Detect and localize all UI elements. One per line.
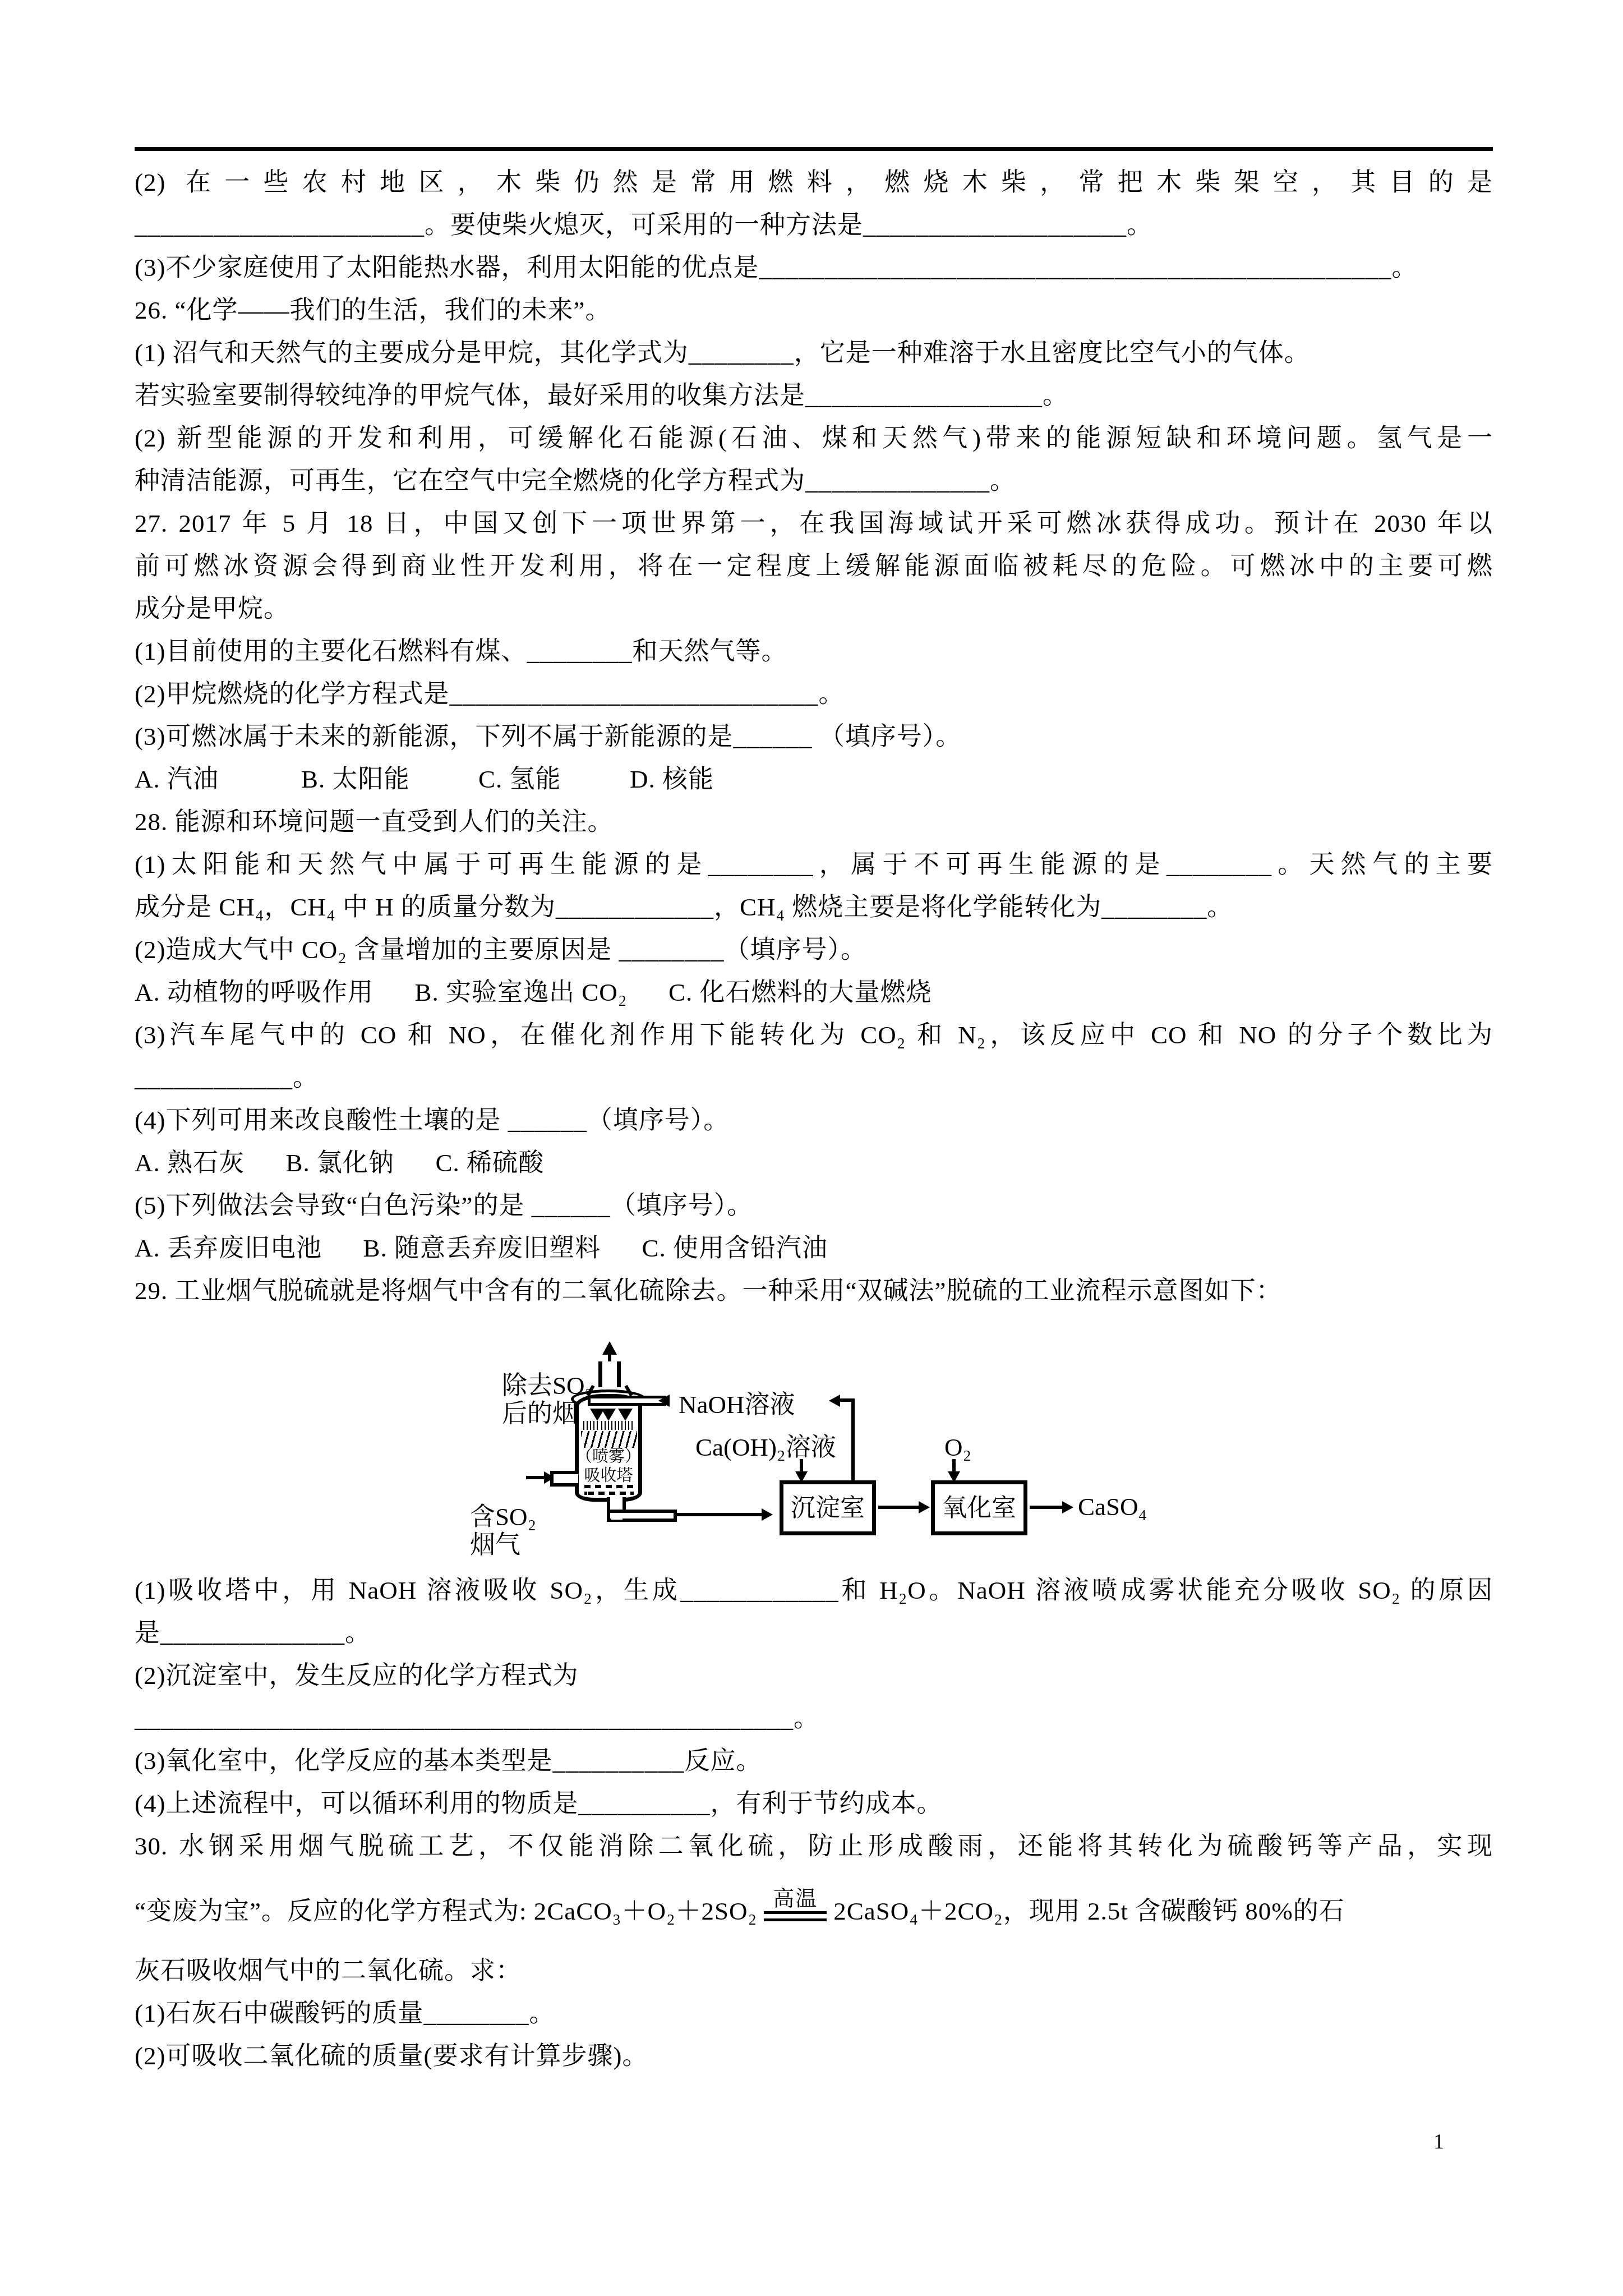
worksheet-body: (2) 在一些农村地区，木柴仍然是常用燃料，燃烧木柴，常把木柴架空，其目的是 _… — [135, 161, 1493, 2077]
q27-part2-line: (2)甲烷燃烧的化学方程式是__________________________… — [135, 673, 1493, 715]
reaction-condition-text: 高温 — [773, 1887, 818, 1911]
drain-to-precipitation-arrow-icon — [762, 1508, 773, 1521]
tower-liquid-dashes — [584, 1485, 634, 1488]
q27-heading-line1: 27. 2017 年 5 月 18 日，中国又创下一项世界第一，在我国海域试开采… — [135, 502, 1493, 545]
q30-part2-line: (2)可吸收二氧化硫的质量(要求有计算步骤)。 — [135, 2035, 1493, 2077]
header-divider-rule — [135, 147, 1493, 151]
inlet-pipe — [550, 1471, 578, 1487]
desulfurization-flow-diagram: 除去SO₂ 后的烟气 （喷雾） 吸收塔 含SO₂ 烟气 — [135, 1312, 1493, 1569]
naoh-recycle-riser-line — [851, 1398, 855, 1480]
q30-equation-rhs: 2CaSO₄＋2CO₂ — [833, 1890, 1003, 1927]
q26-heading: 26. “化学——我们的生活，我们的未来”。 — [135, 289, 1493, 332]
q29-heading: 29. 工业烟气脱硫就是将烟气中含有的二氧化硫除去。一种采用“双碱法”脱硫的工业… — [135, 1269, 1493, 1312]
tower-label-line1: （喷雾） — [576, 1448, 641, 1466]
naoh-recycle-arrow-icon — [829, 1395, 840, 1407]
q28-part2-options: A. 动植物的呼吸作用 B. 实验室逸出 CO₂ C. 化石燃料的大量燃烧 — [135, 971, 1493, 1014]
double-equals-bar — [764, 1911, 827, 1921]
tower-label-line2: 吸收塔 — [576, 1467, 641, 1485]
naoh-into-tower-arrow-icon — [658, 1395, 670, 1407]
inlet-flue-gas-label: 含SO₂ 烟气 — [470, 1447, 508, 1559]
q28-part1-line2: 成分是 CH₄，CH₄ 中 H 的质量分数为____________，CH₄ 燃… — [135, 886, 1493, 928]
reaction-condition: 高温 — [764, 1887, 827, 1921]
oxidation-to-product-arrow-shaft — [1030, 1506, 1064, 1509]
spray-nozzle-icon — [618, 1409, 633, 1421]
drain-pipe-joint — [611, 1513, 623, 1520]
spray-bristle-icon — [601, 1421, 618, 1430]
tower-liquid-dashes — [584, 1492, 634, 1495]
caoh2-solution-label: Ca(OH)₂溶液 — [695, 1433, 836, 1461]
inlet-arrow-shaft — [526, 1476, 546, 1479]
q26-part2-line1: (2) 新型能源的开发和利用，可缓解化石能源(石油、煤和天然气)带来的能源短缺和… — [135, 417, 1493, 459]
q29-part1-line1: (1)吸收塔中，用 NaOH 溶液吸收 SO₂，生成____________和 … — [135, 1569, 1493, 1612]
naoh-solution-label: NaOH溶液 — [679, 1391, 795, 1419]
spray-distributor-pipe — [588, 1396, 666, 1406]
precipitation-to-oxidation-arrow-icon — [919, 1501, 930, 1513]
q28-part5-line: (5)下列做法会导致“白色污染”的是 ______（填序号）。 — [135, 1184, 1493, 1227]
q29-part2-line2-blank: ________________________________________… — [135, 1697, 1493, 1740]
q28-part4-line: (4)下列可用来改良酸性土壤的是 ______（填序号）。 — [135, 1099, 1493, 1142]
q28-heading: 28. 能源和环境问题一直受到人们的关注。 — [135, 800, 1493, 843]
q27-part3-options: A. 汽油 B. 太阳能 C. 氢能 D. 核能 — [135, 758, 1493, 800]
q28-part3-line2-blank: ____________。 — [135, 1056, 1493, 1099]
q26-part1-line2: 若实验室要制得较纯净的甲烷气体，最好采用的收集方法是______________… — [135, 374, 1493, 417]
q27-heading-line2: 前可燃冰资源会得到商业性开发利用，将在一定程度上缓解能源面临被耗尽的危险。可燃冰… — [135, 545, 1493, 587]
q26-part2-line2: 种清洁能源，可再生，它在空气中完全燃烧的化学方程式为______________… — [135, 459, 1493, 502]
q28-part4-options: A. 熟石灰 B. 氯化钠 C. 稀硫酸 — [135, 1142, 1493, 1184]
clean-flue-gas-label: 除去SO₂ 后的烟气 — [502, 1315, 540, 1428]
spray-mist-pattern — [581, 1431, 637, 1448]
q28-part1-line1: (1)太阳能和天然气中属于可再生能源的是________，属于不可再生能源的是_… — [135, 843, 1493, 886]
flue-gas-up-arrow-icon — [602, 1341, 617, 1355]
o2-label: O₂ — [944, 1433, 971, 1461]
precipitation-chamber-box: 沉淀室 — [780, 1480, 876, 1535]
q29-part4-line: (4)上述流程中，可以循环利用的物质是__________，有利于节约成本。 — [135, 1782, 1493, 1825]
q29-part2-line1: (2)沉淀室中，发生反应的化学方程式为 — [135, 1654, 1493, 1697]
drain-to-precipitation-arrow-shaft — [676, 1513, 763, 1516]
spray-bristle-icon — [583, 1421, 600, 1430]
q29-part3-line: (3)氧化室中，化学反应的基本类型是__________反应。 — [135, 1740, 1493, 1782]
precipitation-to-oxidation-arrow-shaft — [878, 1506, 920, 1509]
page-number: 1 — [1433, 2129, 1444, 2154]
q29-part1-line2: 是______________。 — [135, 1612, 1493, 1654]
inlet-label-line2: 烟气 — [470, 1531, 520, 1559]
q30-part1-line: (1)石灰石中碳酸钙的质量________。 — [135, 1992, 1493, 2035]
q30-heading: 30. 水钢采用烟气脱硫工艺，不仅能消除二氧化硫，防止形成酸雨，还能将其转化为硫… — [135, 1825, 1493, 1867]
q28-part5-options: A. 丢弃废旧电池 B. 随意丢弃废旧塑料 C. 使用含铅汽油 — [135, 1227, 1493, 1269]
q27-part3-line: (3)可燃冰属于未来的新能源，下列不属于新能源的是______ （填序号）。 — [135, 715, 1493, 758]
q30-equation-prefix: “变废为宝”。反应的化学方程式为: — [135, 1890, 534, 1927]
q28-part2-line: (2)造成大气中 CO₂ 含量增加的主要原因是 ________（填序号）。 — [135, 928, 1493, 971]
absorption-tower-chimney — [598, 1361, 621, 1387]
q27-part1-line: (1)目前使用的主要化石燃料有煤、________和天然气等。 — [135, 630, 1493, 673]
q30-equation-suffix: ，现用 2.5t 含碳酸钙 80%的石 — [1003, 1890, 1345, 1927]
oxidation-chamber-box: 氧化室 — [931, 1480, 1027, 1535]
spray-bristle-icon — [618, 1421, 635, 1430]
caso4-product-label: CaSO₄ — [1078, 1493, 1147, 1521]
q25-part3-line: (3)不少家庭使用了太阳能热水器，利用太阳能的优点是______________… — [135, 246, 1493, 289]
q30-equation-lhs: 2CaCO₃＋O₂＋2SO₂ — [534, 1890, 758, 1927]
q30-equation-line: “变废为宝”。反应的化学方程式为: 2CaCO₃＋O₂＋2SO₂ 高温 2CaS… — [135, 1867, 1493, 1949]
q27-heading-line3: 成分是甲烷。 — [135, 587, 1493, 630]
oxidation-to-product-arrow-icon — [1062, 1501, 1073, 1513]
q25-part2-line2-blank: ______________________。要使柴火熄灭，可采用的一种方法是_… — [135, 204, 1493, 246]
spray-nozzle-icon — [601, 1409, 616, 1421]
q28-part3-line1: (3)汽车尾气中的 CO 和 NO，在催化剂作用下能转化为 CO₂ 和 N₂，该… — [135, 1014, 1493, 1056]
q30-tail-line: 灰石吸收烟气中的二氧化硫。求： — [135, 1949, 1493, 1992]
q25-part2-line1: (2) 在一些农村地区，木柴仍然是常用燃料，燃烧木柴，常把木柴架空，其目的是 — [135, 161, 1493, 204]
inlet-label-line1: 含SO₂ — [470, 1503, 536, 1531]
q26-part1-line1: (1) 沼气和天然气的主要成分是甲烷，其化学式为________，它是一种难溶于… — [135, 332, 1493, 374]
